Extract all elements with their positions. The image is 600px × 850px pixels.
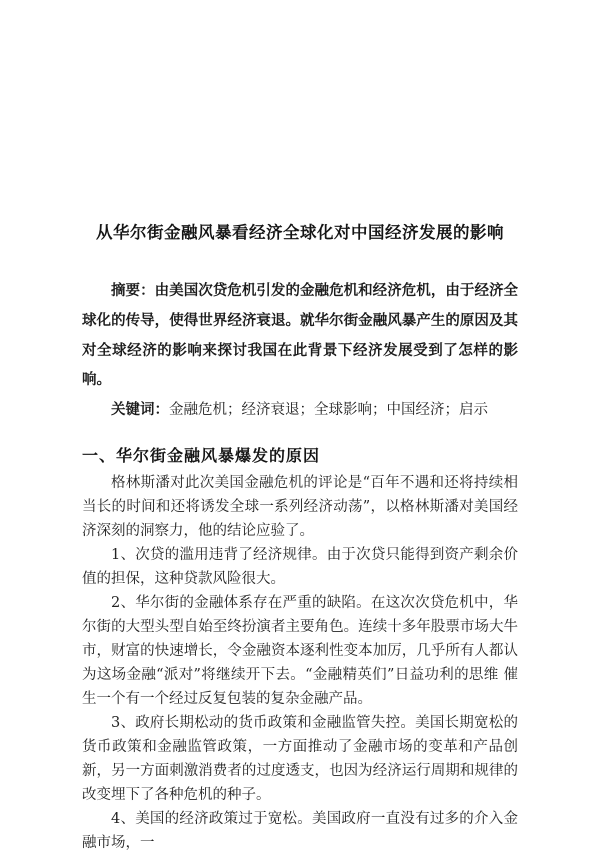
- abstract-label: 摘要：: [111, 283, 155, 299]
- body-paragraph-1: 格林斯潘对此次美国金融危机的评论是“百年不遇和还将持续相当长的时间和还将诱发全球…: [82, 471, 518, 543]
- document-page: 从华尔街金融风暴看经济全球化对中国经济发展的影响 摘要：由美国次贷危机引发的金融…: [0, 0, 600, 850]
- keywords-paragraph: 关键词：金融危机；经济衰退；全球影响；中国经济；启示: [82, 396, 518, 426]
- abstract-paragraph: 摘要：由美国次贷危机引发的金融危机和经济危机，由于经济全球化的传导，使得世界经济…: [82, 277, 518, 396]
- body-paragraph-5: 4、美国的经济政策过于宽松。美国政府一直没有过多的介入金融市场，一: [82, 807, 518, 850]
- keywords-text: 金融危机；经济衰退；全球影响；中国经济；启示: [169, 402, 488, 418]
- body-paragraph-3: 2、华尔街的金融体系存在严重的缺陷。在这次次贷危机中，华尔街的大型头型自始至终扮…: [82, 591, 518, 711]
- section-1-heading: 一、华尔街金融风暴爆发的原因: [82, 445, 518, 467]
- document-title: 从华尔街金融风暴看经济全球化对中国经济发展的影响: [82, 221, 518, 244]
- section-1-body: 格林斯潘对此次美国金融危机的评论是“百年不遇和还将持续相当长的时间和还将诱发全球…: [82, 471, 518, 850]
- body-paragraph-2: 1、次贷的滥用违背了经济规律。由于次贷只能得到资产剩余价值的担保，这种贷款风险很…: [82, 543, 518, 591]
- keywords-label: 关键词：: [111, 402, 169, 418]
- body-paragraph-4: 3、政府长期松动的货币政策和金融监管失控。美国长期宽松的货币政策和金融监管政策，…: [82, 711, 518, 807]
